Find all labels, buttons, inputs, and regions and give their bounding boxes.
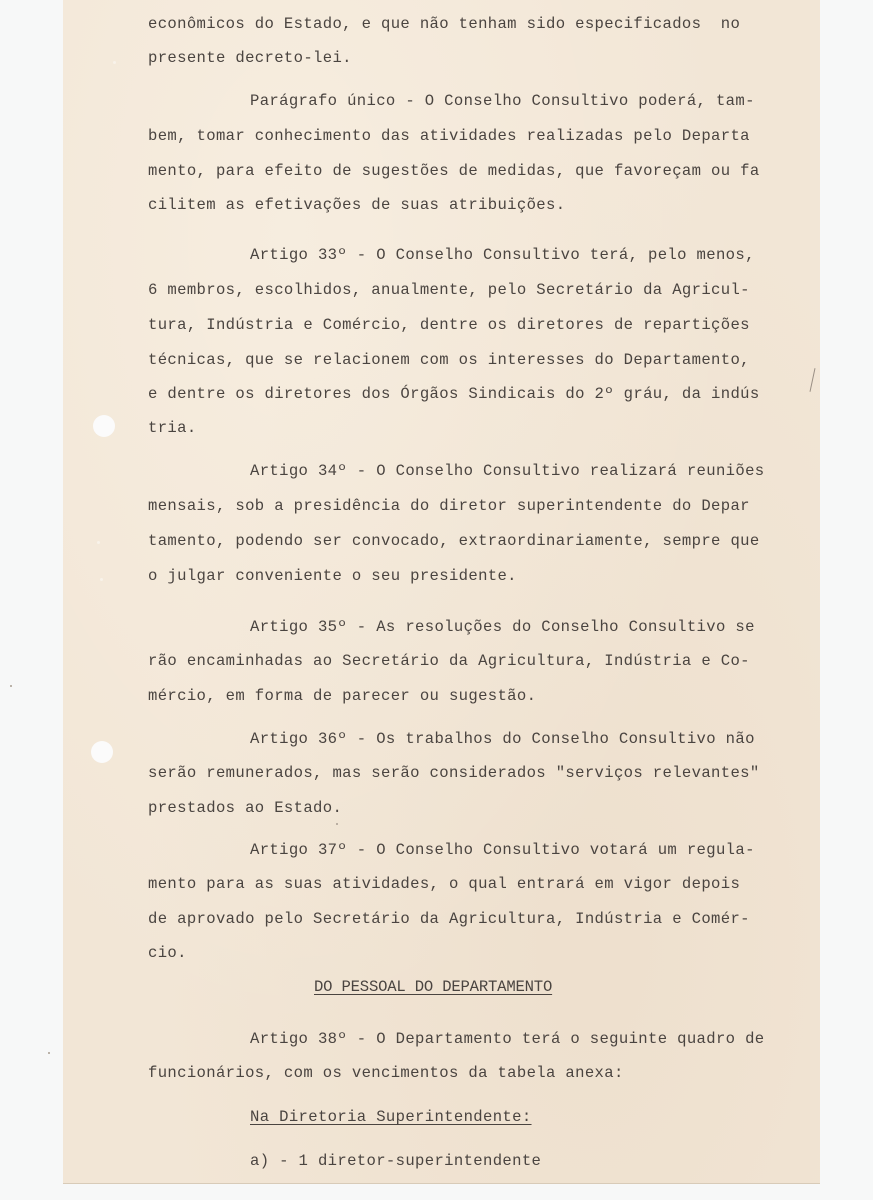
- text-line: tria.: [148, 418, 197, 438]
- text-line: presente decreto-lei.: [148, 48, 352, 68]
- text-line: bem, tomar conhecimento das atividades r…: [148, 126, 750, 146]
- article-33-heading-line: Artigo 33º - O Conselho Consultivo terá,…: [250, 245, 755, 265]
- speck: [336, 823, 338, 825]
- speck: [10, 685, 12, 687]
- article-34-heading-line: Artigo 34º - O Conselho Consultivo reali…: [250, 461, 765, 481]
- text-line: técnicas, que se relacionem com os inter…: [148, 350, 750, 370]
- text-line: cilitem as efetivações de suas atribuiçõ…: [148, 195, 565, 215]
- text-line: econômicos do Estado, e que não tenham s…: [148, 14, 740, 34]
- punch-hole-upper: [93, 415, 115, 437]
- text-line: o julgar conveniente o seu presidente.: [148, 566, 517, 586]
- text-line: mento para as suas atividades, o qual en…: [148, 874, 740, 894]
- section-heading: DO PESSOAL DO DEPARTAMENTO: [314, 977, 552, 997]
- speck: [48, 1052, 50, 1054]
- text-line: Parágrafo único - O Conselho Consultivo …: [250, 91, 755, 111]
- text-line: mércio, em forma de parecer ou sugestão.: [148, 686, 536, 706]
- text-line: rão encaminhadas ao Secretário da Agricu…: [148, 651, 750, 671]
- pinhole: [100, 578, 103, 581]
- subheading: Na Diretoria Superintendente:: [250, 1107, 532, 1127]
- text-line: serão remunerados, mas serão considerado…: [148, 763, 760, 783]
- text-line: de aprovado pelo Secretário da Agricultu…: [148, 909, 750, 929]
- pinhole: [97, 541, 100, 544]
- text-line: tura, Indústria e Comércio, dentre os di…: [148, 315, 750, 335]
- text-line: mento, para efeito de sugestões de medid…: [148, 161, 760, 181]
- text-line: tamento, podendo ser convocado, extraord…: [148, 531, 760, 551]
- punch-hole-lower: [91, 741, 113, 763]
- text-line: 6 membros, escolhidos, anualmente, pelo …: [148, 280, 750, 300]
- article-38-heading-line: Artigo 38º - O Departamento terá o segui…: [250, 1029, 765, 1049]
- text-line: funcionários, com os vencimentos da tabe…: [148, 1063, 624, 1083]
- text-line: mensais, sob a presidência do diretor su…: [148, 496, 750, 516]
- list-item: a) - 1 diretor-superintendente: [250, 1151, 541, 1171]
- text-line: e dentre os diretores dos Órgãos Sindica…: [148, 384, 760, 404]
- text-line: prestados ao Estado.: [148, 798, 342, 818]
- pinhole: [113, 61, 116, 64]
- article-36-heading-line: Artigo 36º - Os trabalhos do Conselho Co…: [250, 729, 755, 749]
- text-line: cio.: [148, 943, 187, 963]
- article-37-heading-line: Artigo 37º - O Conselho Consultivo votar…: [250, 840, 755, 860]
- article-35-heading-line: Artigo 35º - As resoluções do Conselho C…: [250, 617, 755, 637]
